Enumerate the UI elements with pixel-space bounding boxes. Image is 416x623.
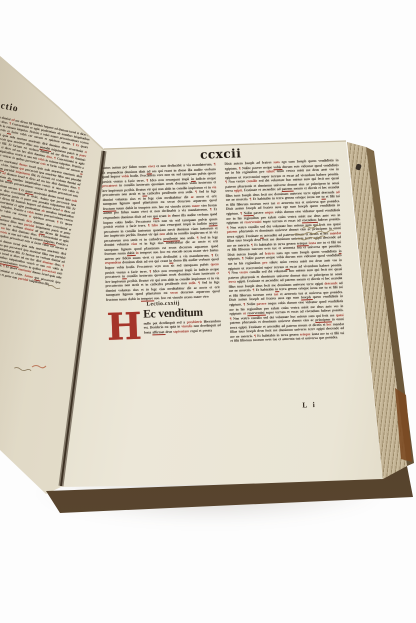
photo-of-open-incunable-book: Lectio Et factum est verbum domini ad me… xyxy=(0,0,416,623)
overlay-linework xyxy=(0,0,416,623)
verso-top-edge xyxy=(0,57,104,150)
verso-red-scribble xyxy=(32,366,46,368)
gutter-fold-line xyxy=(61,151,104,486)
recto-top-edge xyxy=(104,141,346,149)
handwritten-marginal-note xyxy=(293,224,334,241)
verso-marginal-scribbles xyxy=(14,285,60,372)
